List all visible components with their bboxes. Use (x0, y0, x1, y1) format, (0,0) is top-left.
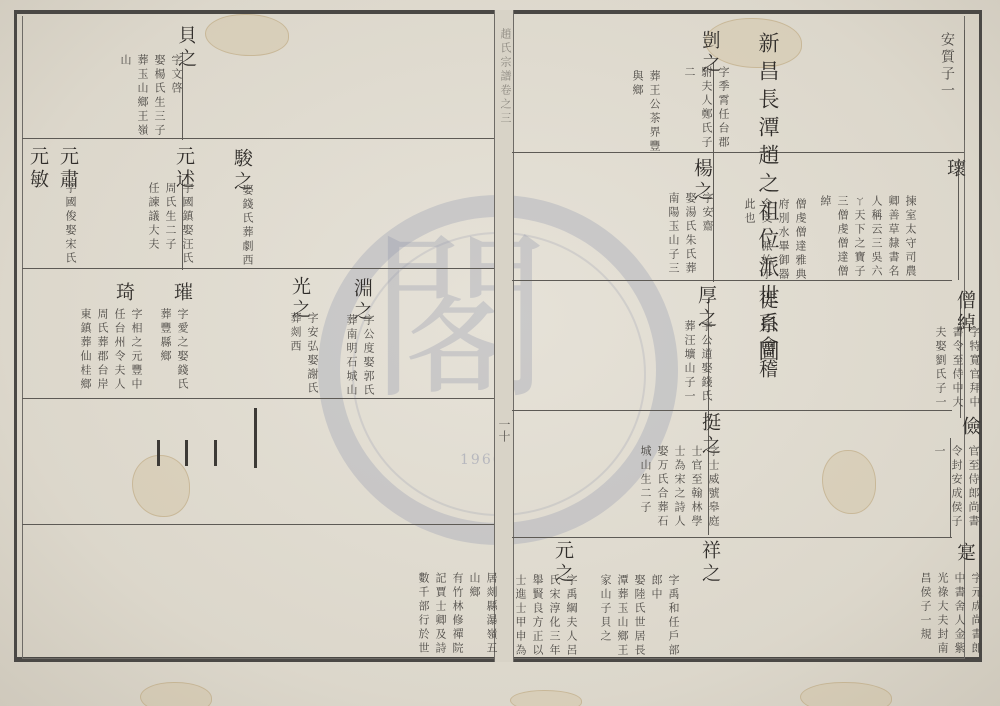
left-row-divider-1 (22, 138, 494, 139)
left-row-divider-4 (22, 524, 494, 525)
person-notes: 字文啓 娶楊氏生三子 葬玉山鄉王嶺 山 (120, 54, 182, 138)
right-row-divider-1 (512, 152, 964, 153)
person-name: 瓌 (945, 158, 964, 181)
person-notes: 字公度娶郭氏 葬南明石城山 (346, 314, 374, 398)
person-notes: 字特寬官拜中 書令至侍中大 夫娶劉氏子一 (935, 326, 980, 410)
stain-bottom-3 (510, 690, 582, 706)
person-name: 元敏 (28, 146, 47, 192)
person-notes: 字國俊娶宋氏 (65, 182, 76, 266)
person-notes: 字安弘娶謝氏 葬剡西 (290, 312, 318, 396)
person-notes: 字禹綱夫人呂 氏宋淳化三年 舉賢良方正以 士進士甲申為 (515, 574, 577, 658)
left-row-divider-3 (22, 398, 494, 399)
folio-number: 一十 (496, 418, 513, 442)
person-notes: 揀室太守司農 卿善草隸書名 人稱云三吳六 ㄚ天下之寶子 三僧虔僧達僧 綽 (820, 195, 916, 279)
person-notes: 娶錢氏葬劇西 (242, 184, 253, 268)
right-row-divider-2 (512, 280, 952, 281)
person-notes: 字相之元豐中 任台州令夫人 周氏葬郡台岸 東鎮葬仙桂鄉 (80, 308, 142, 392)
stain-bottom-2 (800, 682, 892, 706)
person-name: 寔 (955, 542, 974, 565)
person-notes: 僧虔僧達雅典 府別水畢御器 令支二派始于 此也 (744, 198, 806, 282)
empty-branch-marker (157, 440, 160, 466)
person-name: 琦 (114, 282, 133, 305)
person-notes: 字元成尚書郎 中書舍人金紫 光祿大夫封南 昌侯子一規 (920, 572, 982, 656)
person-notes: 字愛之娶錢氏 葬豐縣鄉 (160, 308, 188, 392)
person-notes: 字禹和任戶部 郎中 娶陸氏世居長 潭葬玉山鄉王 家山子貝之 (600, 574, 679, 658)
empty-branch-marker (185, 440, 188, 466)
connector-line (964, 30, 965, 140)
right-page-inner-border (512, 16, 965, 659)
person-name: 祥之 (700, 540, 719, 586)
person-notes: 字公道娶錢氏 葬汪壙山子一 (684, 320, 712, 404)
person-notes: 字國鎮娶汪氏 周氏生二子 任諫議大夫 (148, 182, 193, 266)
stain-bottom-1 (140, 682, 212, 706)
right-row-divider-3 (512, 410, 952, 411)
left-row-divider-2 (22, 268, 494, 269)
empty-branch-marker (214, 440, 217, 466)
person-name: 璀 (172, 282, 191, 305)
person-notes: 字安齋 娶湯氏朱氏葬 南陽玉山子三 (668, 192, 713, 276)
top-right-note: 安質子一 (940, 32, 954, 100)
person-notes: 居剡縣瀑嶺五 山鄉 有竹林修禪院 記賈士卿及詩 數千部行於世 (418, 572, 497, 656)
right-row-divider-4 (512, 537, 952, 538)
person-notes: 葬王公茶界豐 與鄉 (632, 70, 660, 154)
person-name: 儉 (960, 416, 979, 439)
person-notes: 字季霄任台郡 駙夫人鄭氏子 二 (684, 66, 729, 150)
genealogy-page-scan: 閣 1966 趙氏宗譜卷之三 一十 新昌長潭趙之祖位派世系圖 徙自會稽 安質子一… (0, 0, 1000, 706)
migration-note: 徙自會稽 (757, 290, 776, 382)
empty-branch-marker (254, 408, 257, 468)
spine-volume-label: 趙氏宗譜卷之三 (497, 28, 513, 126)
person-notes: 字士威號皋庭 士官至翰林學 士為宋之詩人 娶万氏合葬石 城山生二子 (640, 445, 719, 529)
person-notes: 官至侍郎尚書 令封安成侯子 一 (934, 445, 979, 529)
